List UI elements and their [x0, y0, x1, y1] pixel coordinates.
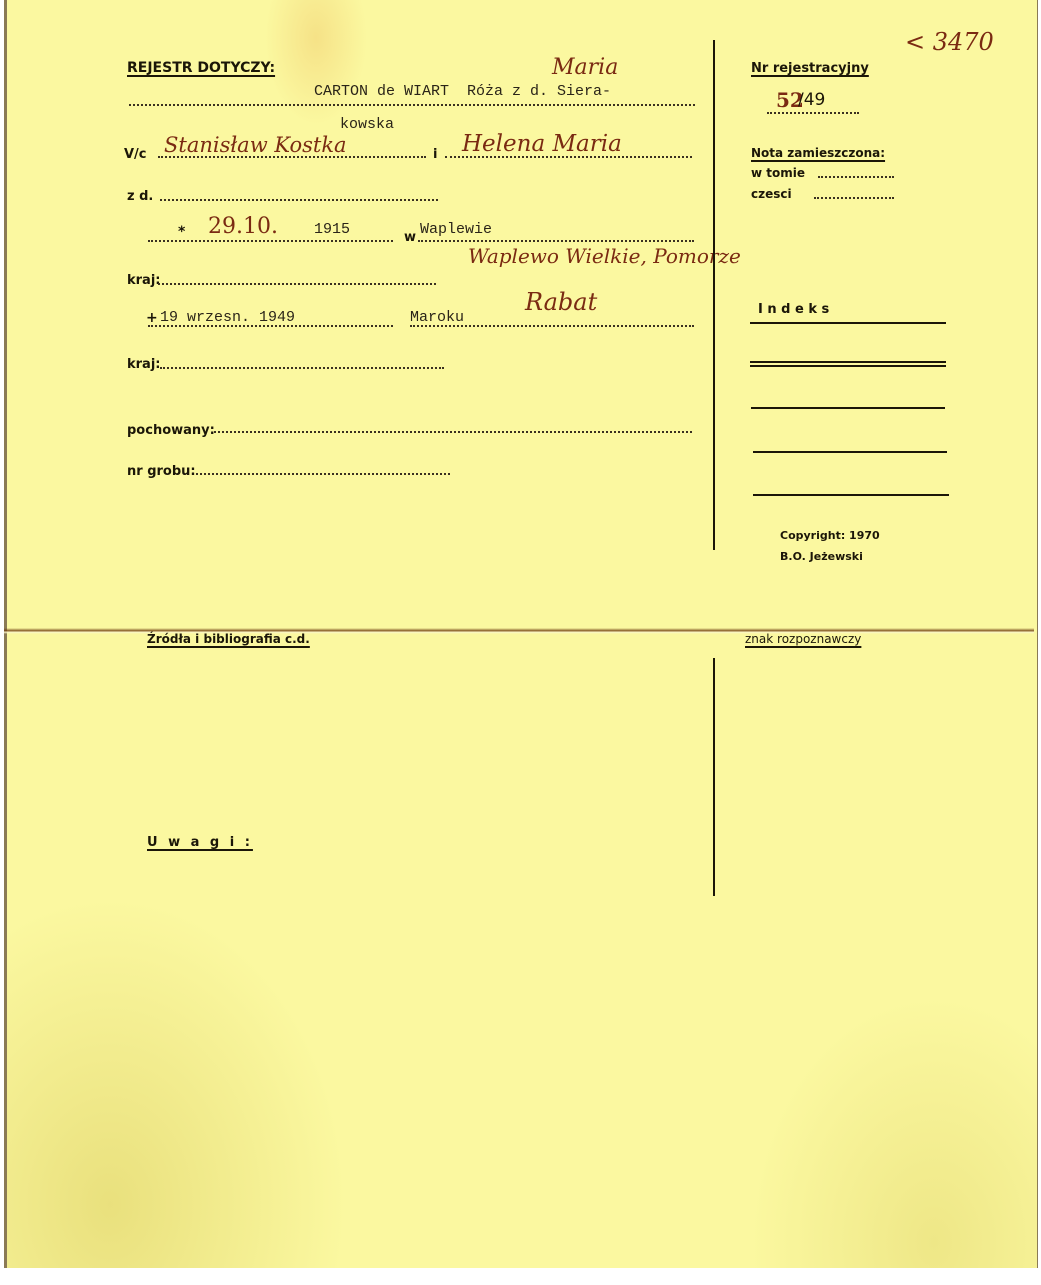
grave-label: nr grobu: [127, 464, 196, 479]
volume-field[interactable] [818, 176, 894, 178]
index-line-3[interactable] [751, 407, 945, 409]
country-label-2: kraj: [127, 357, 160, 372]
column-divider-lower [713, 658, 715, 896]
grave-field[interactable] [196, 473, 450, 475]
buried-field[interactable] [214, 431, 692, 433]
copyright-line-2: B.O. Jeżewski [780, 550, 863, 563]
mother-name: Helena Maria [462, 131, 622, 157]
reg-no-field[interactable] [767, 112, 859, 114]
index-line-2b [750, 365, 946, 367]
name-line-2: kowska [340, 116, 394, 133]
buried-label: pochowany: [127, 423, 215, 438]
parents-label: V/c [124, 147, 147, 162]
birth-place-field[interactable] [418, 240, 694, 242]
part-field[interactable] [814, 197, 894, 199]
death-date: 19 wrzesn. 1949 [160, 309, 295, 326]
volume-label: w tomie [751, 166, 805, 180]
country-label-1: kraj: [127, 273, 160, 288]
and-label: i [433, 147, 437, 162]
maiden-label: z d. [127, 189, 153, 204]
mark-label: znak rozpoznawczy [745, 632, 861, 646]
death-place-note: Rabat [525, 288, 597, 316]
column-divider-upper [713, 40, 715, 550]
death-date-field[interactable] [148, 325, 393, 327]
birth-place-note: Waplewo Wielkie, Pomorze [468, 244, 741, 268]
name-line-1: CARTON de WIART Róża z d. Siera- [314, 83, 611, 100]
index-line-2a[interactable] [750, 361, 946, 363]
note-label: Nota zamieszczona: [751, 146, 885, 160]
given-name-handwritten: Maria [552, 55, 618, 80]
birth-in-label: w [404, 230, 416, 245]
index-line-5[interactable] [753, 494, 949, 496]
reg-no-label: Nr rejestracyjny [751, 61, 869, 76]
birth-place: Waplewie [420, 221, 492, 238]
death-place-field[interactable] [410, 325, 694, 327]
registry-title: REJESTR DOTYCZY: [127, 60, 275, 76]
country-field-2[interactable] [160, 367, 444, 369]
country-field-1[interactable] [158, 283, 436, 285]
part-label: czesci [751, 187, 792, 201]
corner-note: < 3470 [905, 28, 994, 56]
index-line-4[interactable] [753, 451, 947, 453]
birth-date: 29.10. [208, 214, 278, 239]
maiden-field[interactable] [160, 199, 438, 201]
birth-symbol: * [178, 224, 185, 240]
death-symbol: + [146, 310, 158, 326]
remarks-label: U w a g i : [147, 835, 253, 850]
reg-no-typed: /49 [798, 90, 825, 110]
birth-year: 1915 [314, 221, 350, 238]
sources-label: Źródła i bibliografia c.d. [147, 632, 310, 646]
father-name: Stanisław Kostka [164, 133, 347, 157]
name-dotted-line [129, 104, 695, 106]
index-line-1[interactable] [750, 322, 946, 324]
death-place: Maroku [410, 309, 464, 326]
birth-date-field[interactable] [148, 240, 393, 242]
index-label: I n d e k s [758, 302, 829, 317]
copyright-line-1: Copyright: 1970 [780, 529, 880, 542]
